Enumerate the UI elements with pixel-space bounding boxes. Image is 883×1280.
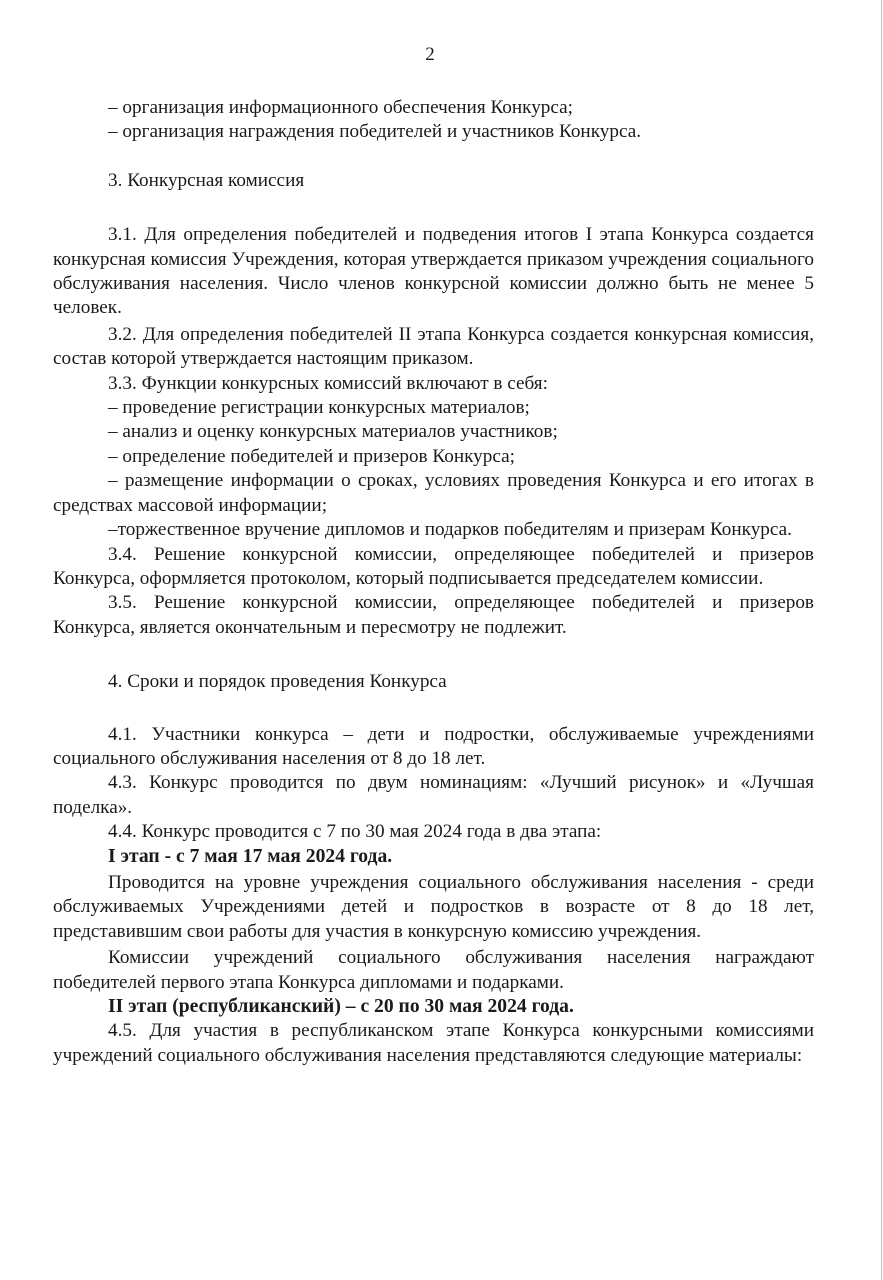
- stage-1-title: I этап - с 7 мая 17 мая 2024 года.: [53, 845, 814, 869]
- clause-4-3: 4.3. Конкурс проводится по двум номинаци…: [53, 771, 814, 820]
- clause-3-2: 3.2. Для определения победителей II этап…: [53, 323, 814, 372]
- clause-4-4: 4.4. Конкурс проводится с 7 по 30 мая 20…: [53, 820, 814, 844]
- document-page: 2 – организация информационного обеспече…: [0, 0, 882, 1280]
- spacer: [53, 640, 814, 670]
- function-item: – определение победителей и призеров Кон…: [53, 445, 814, 469]
- section-heading-3: 3. Конкурсная комиссия: [53, 169, 814, 193]
- clause-3-3: 3.3. Функции конкурсных комиссий включаю…: [53, 372, 814, 396]
- spacer: [53, 695, 814, 723]
- stage-1-description: Проводится на уровне учреждения социальн…: [53, 871, 814, 944]
- spacer: [53, 145, 814, 169]
- intro-item: – организация награждения победителей и …: [53, 120, 814, 144]
- spacer: [53, 193, 814, 217]
- function-item: – размещение информации о сроках, услови…: [53, 469, 814, 518]
- function-item: –торжественное вручение дипломов и подар…: [53, 518, 814, 542]
- intro-item: – организация информационного обеспечени…: [53, 96, 814, 120]
- clause-3-4: 3.4. Решение конкурсной комиссии, опреде…: [53, 543, 814, 592]
- document-body: – организация информационного обеспечени…: [53, 96, 814, 1068]
- stage-1-awards: Комиссии учреждений социального обслужив…: [53, 946, 814, 995]
- function-item: – анализ и оценку конкурсных материалов …: [53, 420, 814, 444]
- clause-4-5: 4.5. Для участия в республиканском этапе…: [53, 1019, 814, 1068]
- section-heading-4: 4. Сроки и порядок проведения Конкурса: [53, 670, 814, 694]
- function-item: – проведение регистрации конкурсных мате…: [53, 396, 814, 420]
- clause-3-1: 3.1. Для определения победителей и подве…: [53, 223, 814, 321]
- page-number: 2: [0, 44, 860, 66]
- clause-3-5: 3.5. Решение конкурсной комиссии, опреде…: [53, 591, 814, 640]
- clause-4-1: 4.1. Участники конкурса – дети и подрост…: [53, 723, 814, 772]
- stage-2-title: II этап (республиканский) – с 20 по 30 м…: [53, 995, 814, 1019]
